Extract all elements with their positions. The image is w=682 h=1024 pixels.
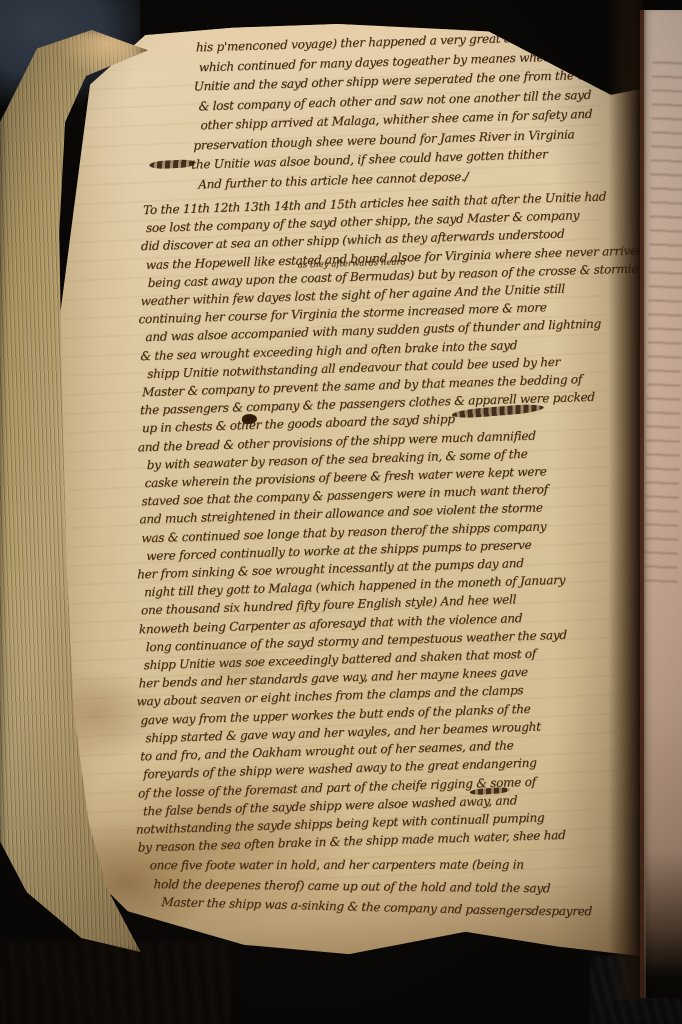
table-surface-left: [0, 942, 230, 1024]
manuscript-line: once five foote water in hold, and her c…: [149, 856, 617, 875]
book-gutter-shadow: [608, 0, 642, 1000]
left-page: his p'menconed voyage) ther happened a v…: [58, 24, 640, 956]
paragraph-1: his p'menconed voyage) ther happened a v…: [195, 26, 622, 195]
ink-deletion-scribble: [149, 159, 195, 169]
paragraph-2: To the 11th 12th 13th 14th and 15th arti…: [139, 187, 621, 912]
handwritten-text-block: his p'menconed voyage) ther happened a v…: [139, 26, 621, 933]
right-page-sliver: [640, 10, 682, 998]
catchword: despayred: [531, 902, 618, 922]
